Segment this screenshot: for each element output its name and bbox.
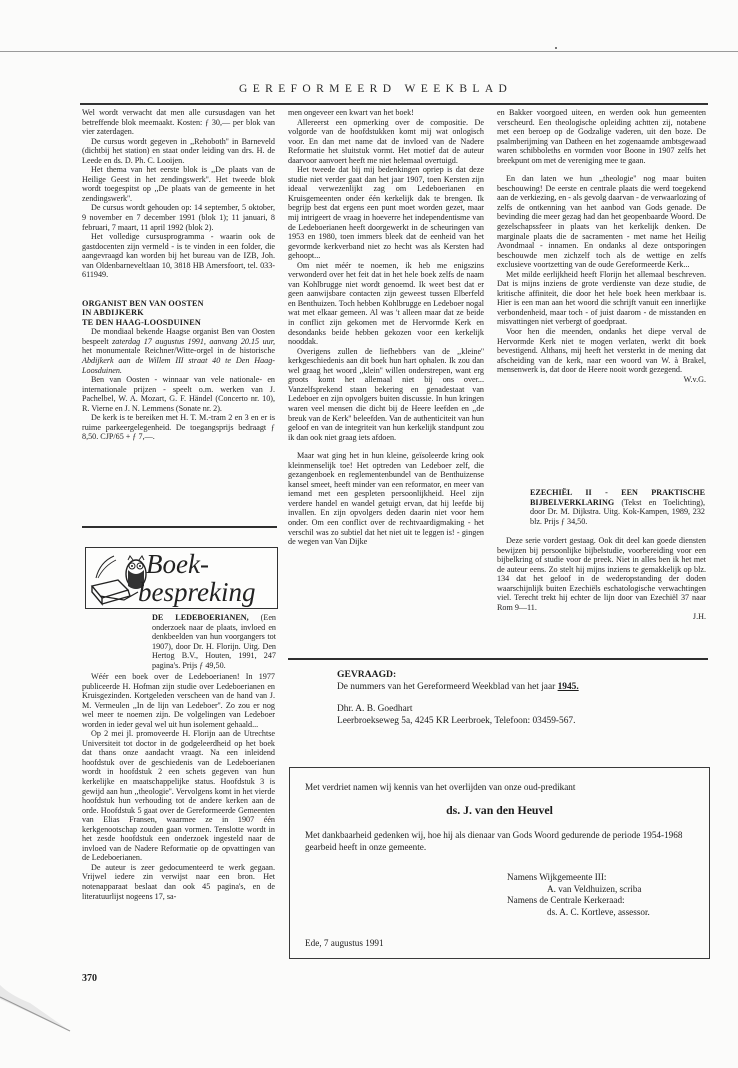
- signature-wvg: W.v.G.: [497, 375, 706, 385]
- paragraph: Met milde eerlijkheid heeft Florijn het …: [497, 270, 706, 327]
- boekbespreking-title: Boek- bespreking: [146, 550, 255, 606]
- paragraph: Het tweede dat bij mij bedenkingen oprie…: [288, 165, 484, 260]
- contact-name: Dhr. A. B. Goedhart: [337, 703, 717, 715]
- paragraph: en Bakker voorgoed uiteen, en werden ook…: [497, 108, 706, 165]
- paragraph: De auteur is zeer gedocumenteerd te werk…: [82, 863, 275, 901]
- boekbespreking-banner: Boek- bespreking: [85, 547, 278, 609]
- paragraph: Voor hen die meenden, ondanks het diepe …: [497, 327, 706, 375]
- paragraph: Op 2 mei jl. promoveerde H. Florijn aan …: [82, 729, 275, 863]
- paragraph: En dan laten we hun ,,theologie'' nog ma…: [497, 174, 706, 269]
- gevraagd-heading: GEVRAAGD:: [337, 669, 717, 681]
- column-2: men ongeveer een kwart van het boek! All…: [288, 108, 484, 547]
- scan-speck: [555, 47, 557, 49]
- page-number: 370: [82, 973, 97, 984]
- paragraph: Om niet méér te noemen, ik heb me enigsz…: [288, 261, 484, 347]
- paragraph: Wéér een boek over de Ledeboerianen! In …: [82, 672, 275, 729]
- notice-signers: Namens Wijkgemeente III: A. van Veldhuiz…: [507, 872, 650, 918]
- paragraph: De cursus wordt gehouden op: 14 septembe…: [82, 203, 275, 232]
- section-divider: [82, 526, 277, 528]
- paragraph: Het thema van het eerste blok is ,,De pl…: [82, 165, 275, 203]
- signature-jh: J.H.: [497, 612, 706, 622]
- paragraph: men ongeveer een kwart van het boek!: [288, 108, 484, 118]
- review-heading-ezechiel: EZECHIËL II - EEN PRAKTISCHE BIJBELVERKL…: [530, 488, 705, 526]
- paragraph: Overigens zullen de liefhebbers van de ,…: [288, 347, 484, 442]
- organist-paragraph: De kerk is te bereiken met H. T. M.-tram…: [82, 413, 275, 442]
- paragraph: Deze serie vordert gestaag. Ook dit deel…: [497, 536, 706, 612]
- column-1: Wel wordt verwacht dat men alle cursusda…: [82, 108, 275, 442]
- section-divider: [288, 658, 708, 660]
- page-curl-shadow: [0, 985, 80, 1035]
- paragraph: Het volledige cursusprogramma - waarin o…: [82, 232, 275, 280]
- notice-intro: Met verdriet namen wij kennis van het ov…: [305, 782, 575, 794]
- organist-paragraph: Ben van Oosten - winnaar van vele nation…: [82, 375, 275, 413]
- paragraph: Maar wat ging het in hun kleine, geïsole…: [288, 451, 484, 546]
- notice-body: Met dankbaarheid gedenken wij, hoe hij a…: [305, 830, 700, 853]
- paragraph: Allereerst een opmerking over de composi…: [288, 118, 484, 166]
- organist-paragraph: De mondiaal bekende Haagse organist Ben …: [82, 327, 275, 375]
- review-heading-ledeboerianen: DE LEDEBOERIANEN, (Een onderzoek naar de…: [152, 613, 276, 670]
- review2-body: Deze serie vordert gestaag. Ook dit deel…: [497, 536, 706, 622]
- gevraagd-notice: GEVRAAGD: De nummers van het Gereformeer…: [337, 669, 717, 727]
- gevraagd-text: De nummers van het Gereformeerd Weekblad…: [337, 681, 717, 693]
- masthead: GEREFORMEERD WEEKBLAD: [239, 83, 559, 95]
- death-notice-box: Met verdriet namen wij kennis van het ov…: [289, 767, 710, 959]
- review1-body: Wéér een boek over de Ledeboerianen! In …: [82, 672, 275, 901]
- masthead-rule: [80, 103, 708, 105]
- column-3: en Bakker voorgoed uiteen, en werden ook…: [497, 108, 706, 384]
- paragraph: Wel wordt verwacht dat men alle cursusda…: [82, 108, 275, 137]
- organist-heading: ORGANIST BEN VAN OOSTEN IN ABDIJKERK TE …: [82, 299, 275, 328]
- notice-place-date: Ede, 7 augustus 1991: [305, 938, 384, 950]
- contact-address: Leerbroekseweg 5a, 4245 KR Leerbroek, Te…: [337, 715, 717, 727]
- scan-edge-rule: [0, 51, 738, 52]
- paragraph: De cursus wordt gegeven in ,,Rehoboth'' …: [82, 137, 275, 166]
- notice-deceased-name: ds. J. van den Heuvel: [290, 805, 709, 817]
